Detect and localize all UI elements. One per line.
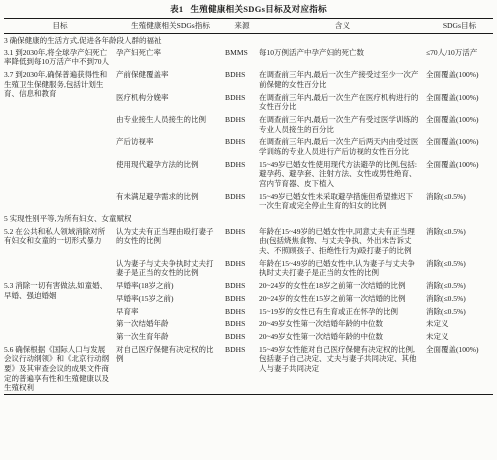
sdg-target-text: 全面覆盖(100%)	[426, 136, 493, 158]
header-row: 目标生殖健康相关SDGs指标来源含义SDGs目标	[4, 19, 493, 34]
source-text: BDHS	[225, 305, 259, 318]
meaning-text: 在调查前三年内,最后一次生产在医疗机构进行的女性百分比	[259, 91, 426, 113]
source-text: BDHS	[225, 318, 259, 331]
sdg-target-text: 全面覆盖(100%)	[426, 158, 493, 190]
sdg-target-text: 全面覆盖(100%)	[426, 343, 493, 395]
page: 表1生殖健康相关SDGs目标及对应指标 目标生殖健康相关SDGs指标来源含义SD…	[0, 0, 497, 460]
source-text: BDHS	[225, 257, 259, 279]
source-text: BDHS	[225, 190, 259, 212]
indicator-row: 5.6 确保根据《国际人口与发展会议行动纲领》和《北京行动纲要》及其审查会议的成…	[4, 343, 493, 395]
meaning-text: 年龄在15~49岁的已婚女性中,同意丈夫有正当理由(包括烧焦食物、与丈夫争执、外…	[259, 225, 426, 257]
indicator-text: 第一次生育年龄	[116, 330, 225, 343]
indicator-row: 3.7 到2030年,确保普遍获得性和生殖卫生保健服务,包括计划生育、信息和教育…	[4, 69, 493, 91]
source-text: BDHS	[225, 91, 259, 113]
column-header: 目标	[4, 19, 116, 34]
source-text: BDHS	[225, 136, 259, 158]
meaning-text: 15~49岁已婚女性使用现代方法避孕的比例,包括:避孕药、避孕套、注射方法、女性…	[259, 158, 426, 190]
sdg-target-text: 消除(≤0.5%)	[426, 190, 493, 212]
meaning-text: 15~19岁的女性已有生育或正在怀孕的比例	[259, 305, 426, 318]
indicator-text: 早育率	[116, 305, 225, 318]
meaning-text: 在调查前三年内,最后一次生产后两天内由受过医学训练的专业人员进行产后访视的女性百…	[259, 136, 426, 158]
goal-text: 5.2 在公共和私人领域消除对所有妇女和女童的一切形式暴力	[4, 225, 116, 279]
sdg-target-text: 全面覆盖(100%)	[426, 69, 493, 91]
indicator-text: 认为丈夫有正当理由殴打妻子的女性的比例	[116, 225, 225, 257]
indicator-text: 早婚率(18岁之前)	[116, 279, 225, 292]
sdg-target-text: 全面覆盖(100%)	[426, 113, 493, 135]
source-text: BDHS	[225, 292, 259, 305]
indicator-text: 第一次结婚年龄	[116, 318, 225, 331]
indicator-text: 由专业接生人员接生的比例	[116, 113, 225, 135]
sdg-target-text: 消除(≤0.5%)	[426, 257, 493, 279]
sdg-target-text: 未定义	[426, 330, 493, 343]
section-row: 3 确保健康的生活方式,促进各年龄段人群的福祉	[4, 33, 493, 46]
sdg-target-text: 消除(≤0.5%)	[426, 305, 493, 318]
source-text: BDHS	[225, 69, 259, 91]
indicator-text: 早婚率(15岁之前)	[116, 292, 225, 305]
indicator-row: 5.2 在公共和私人领域消除对所有妇女和女童的一切形式暴力认为丈夫有正当理由殴打…	[4, 225, 493, 257]
meaning-text: 20~49岁女性第一次结婚年龄的中位数	[259, 330, 426, 343]
column-header: 生殖健康相关SDGs指标	[116, 19, 225, 34]
meaning-text: 在调查前三年内,最后一次生产有受过医学训练的专业人员接生的百分比	[259, 113, 426, 135]
section-row: 5 实现性别平等,为所有妇女、女童赋权	[4, 212, 493, 225]
table-body: 3 确保健康的生活方式,促进各年龄段人群的福祉3.1 到2030年,将全球孕产妇…	[4, 33, 493, 395]
goal-text: 3.1 到2030年,将全球孕产妇死亡率降低到每10万活产中不到70人	[4, 46, 116, 68]
indicator-text: 认为妻子与丈夫争执时丈夫打妻子是正当的女性的比例	[116, 257, 225, 279]
meaning-text: 15~49岁已婚女性未采取避孕措施但希望推迟下一次生育或完全停止生育的妇女的比例	[259, 190, 426, 212]
sdg-target-text: 消除(≤0.5%)	[426, 292, 493, 305]
sdg-indicators-table: 目标生殖健康相关SDGs指标来源含义SDGs目标 3 确保健康的生活方式,促进各…	[4, 18, 493, 395]
meaning-text: 在调查前三年内,最后一次生产接受过至少一次产前保健的女性百分比	[259, 69, 426, 91]
meaning-text: 20~49岁女性第一次结婚年龄的中位数	[259, 318, 426, 331]
table-title: 表1生殖健康相关SDGs目标及对应指标	[0, 3, 497, 18]
indicator-text: 有未满足避孕需求的比例	[116, 190, 225, 212]
indicator-text: 孕产妇死亡率	[116, 46, 225, 68]
goal-text: 5.3 消除一切有害做法,如童婚、早婚、强迫婚姻	[4, 279, 116, 343]
source-text: BDHS	[225, 113, 259, 135]
section-goal-text: 5 实现性别平等,为所有妇女、女童赋权	[4, 212, 493, 225]
indicator-text: 对自己医疗保健有决定权的比例	[116, 343, 225, 395]
sdg-target-text: 消除(≤0.5%)	[426, 279, 493, 292]
table-caption: 生殖健康相关SDGs目标及对应指标	[190, 4, 326, 14]
source-text: BDHS	[225, 279, 259, 292]
table-number: 表1	[170, 4, 183, 14]
section-goal-text: 3 确保健康的生活方式,促进各年龄段人群的福祉	[4, 33, 493, 46]
column-header: 含义	[259, 19, 426, 34]
column-header: 来源	[225, 19, 259, 34]
sdg-target-text: ≤70人/10万活产	[426, 46, 493, 68]
meaning-text: 每10万例活产中孕产妇的死亡数	[259, 46, 426, 68]
meaning-text: 15~49岁女性能对自己医疗保健有决定权的比例,包括妻子自己决定、丈夫与妻子共同…	[259, 343, 426, 395]
indicator-row: 3.1 到2030年,将全球孕产妇死亡率降低到每10万活产中不到70人孕产妇死亡…	[4, 46, 493, 68]
sdg-target-text: 全面覆盖(100%)	[426, 91, 493, 113]
goal-text: 3.7 到2030年,确保普遍获得性和生殖卫生保健服务,包括计划生育、信息和教育	[4, 69, 116, 213]
source-text: BDHS	[225, 158, 259, 190]
meaning-text: 20~24岁的女性在18岁之前第一次结婚的比例	[259, 279, 426, 292]
sdg-target-text: 未定义	[426, 318, 493, 331]
meaning-text: 20~24岁的女性在15岁之前第一次结婚的比例	[259, 292, 426, 305]
indicator-text: 使用现代避孕方法的比例	[116, 158, 225, 190]
meaning-text: 年龄在15~49岁的已婚女性中,认为妻子与丈夫争执时丈夫打妻子是正当的女性的比例	[259, 257, 426, 279]
indicator-row: 5.3 消除一切有害做法,如童婚、早婚、强迫婚姻早婚率(18岁之前)BDHS20…	[4, 279, 493, 292]
source-text: BDHS	[225, 225, 259, 257]
source-text: BMMS	[225, 46, 259, 68]
goal-text: 5.6 确保根据《国际人口与发展会议行动纲领》和《北京行动纲要》及其审查会议的成…	[4, 343, 116, 395]
column-header: SDGs目标	[426, 19, 493, 34]
indicator-text: 医疗机构分娩率	[116, 91, 225, 113]
indicator-text: 产后访视率	[116, 136, 225, 158]
source-text: BDHS	[225, 343, 259, 395]
indicator-text: 产前保健覆盖率	[116, 69, 225, 91]
source-text: BDHS	[225, 330, 259, 343]
sdg-target-text: 消除(≤0.5%)	[426, 225, 493, 257]
